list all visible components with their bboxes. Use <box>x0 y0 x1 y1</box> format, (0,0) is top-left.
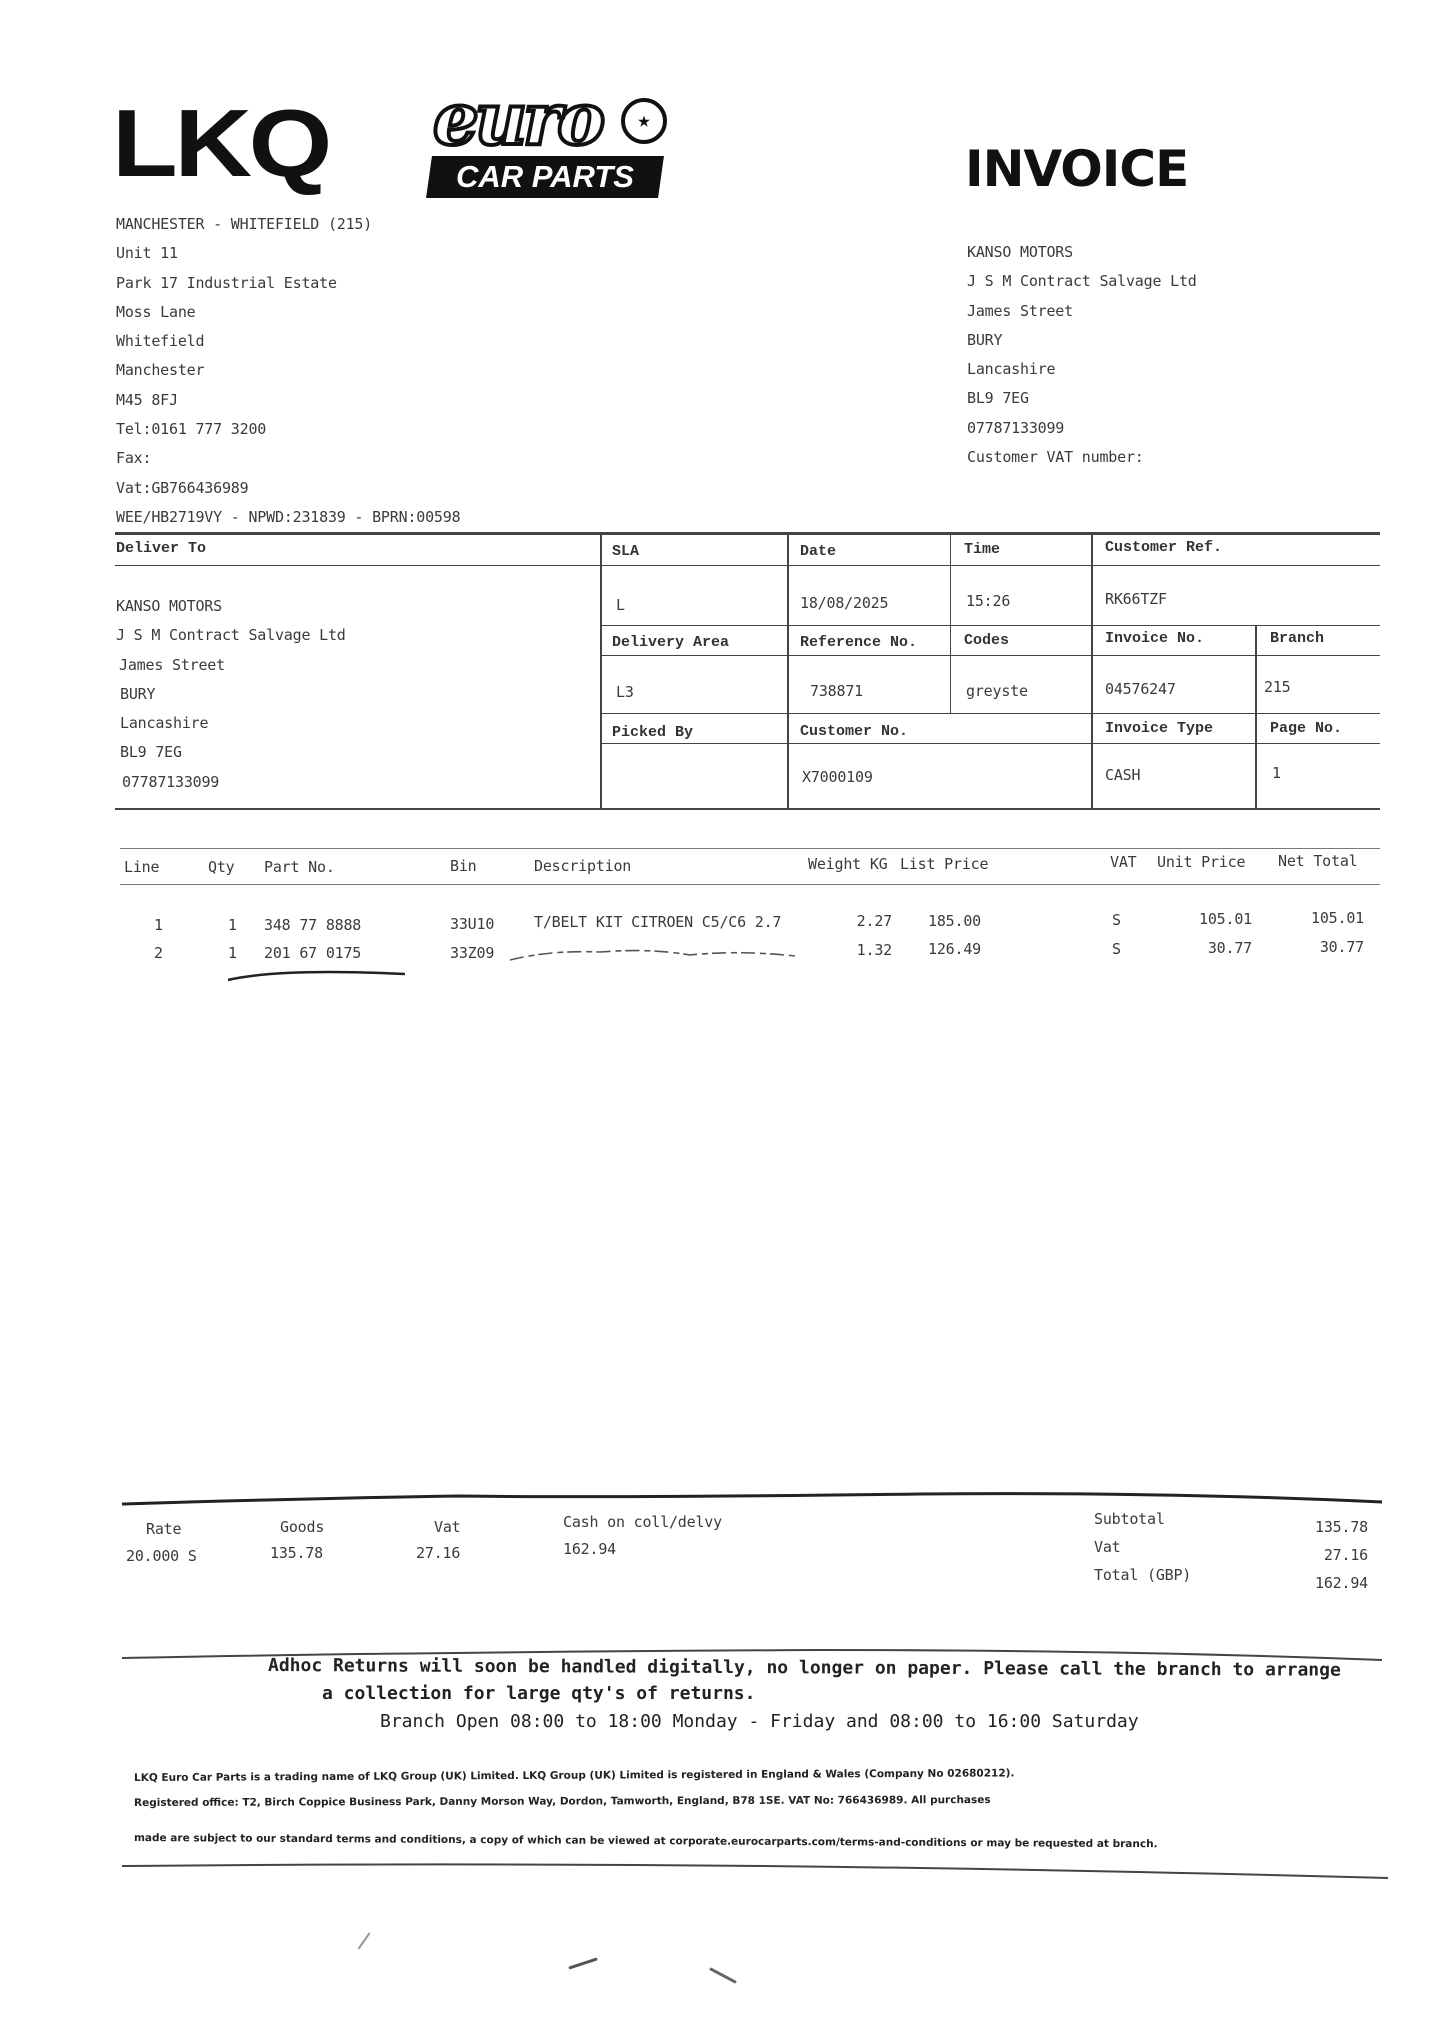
deliver-to-label: Deliver To <box>116 540 206 557</box>
notice-line-3: Branch Open 08:00 to 18:00 Monday - Frid… <box>380 1711 1139 1732</box>
total-value: 162.94 <box>1270 1574 1368 1592</box>
codes-label: Codes <box>964 632 1009 649</box>
divider <box>115 532 1380 535</box>
customer-no-value: X7000109 <box>802 768 873 786</box>
vat-cell: S <box>1112 911 1121 929</box>
reference-no-value: 738871 <box>810 682 863 700</box>
address-line: WEE/HB2719VY - NPWD:231839 - BPRN:00598 <box>116 503 460 532</box>
page-title: INVOICE <box>965 140 1188 198</box>
net-total-cell: 105.01 <box>1272 909 1364 927</box>
divider <box>120 884 1380 885</box>
sla-value: L <box>616 596 625 614</box>
line-cell: 1 <box>154 916 163 934</box>
legal-line-1: LKQ Euro Car Parts is a trading name of … <box>134 1767 1014 1784</box>
divider <box>1255 625 1257 809</box>
divider <box>600 625 1380 626</box>
invoice-no-label: Invoice No. <box>1105 630 1204 647</box>
column-header-vat: VAT <box>1110 853 1137 871</box>
goods-value: 135.78 <box>270 1544 323 1562</box>
address-line: BL9 7EG <box>967 384 1197 413</box>
net-total-cell: 30.77 <box>1272 938 1364 956</box>
branch-address: MANCHESTER - WHITEFIELD (215) Unit 11 Pa… <box>116 210 460 532</box>
customer-address: KANSO MOTORS J S M Contract Salvage Ltd … <box>967 238 1197 472</box>
page-no-label: Page No. <box>1270 720 1342 737</box>
notice-line-1: Adhoc Returns will soon be handled digit… <box>268 1655 1341 1681</box>
vat-rate-label: Rate <box>146 1520 181 1538</box>
date-label: Date <box>800 543 836 560</box>
column-header-part-no: Part No. <box>264 858 335 876</box>
notice-line-2: a collection for large qty's of returns. <box>322 1683 755 1704</box>
deliver-to-address: KANSO MOTORS J S M Contract Salvage Ltd … <box>116 592 346 797</box>
totals-vat-value: 27.16 <box>1270 1546 1368 1564</box>
goods-label: Goods <box>280 1518 324 1536</box>
column-header-qty: Qty <box>208 858 235 876</box>
invoice-no-value: 04576247 <box>1105 680 1176 698</box>
weight-cell: 1.32 <box>840 941 892 959</box>
customer-ref-value: RK66TZF <box>1105 590 1167 608</box>
reference-no-label: Reference No. <box>800 634 917 651</box>
column-header-description: Description <box>534 857 631 875</box>
column-header-list-price: List Price <box>900 855 988 873</box>
car-parts-text: CAR PARTS <box>425 156 665 198</box>
divider <box>787 533 789 809</box>
scan-mark <box>709 1967 737 1984</box>
page-no-value: 1 <box>1272 764 1281 782</box>
divider <box>120 1490 1385 1510</box>
divider <box>115 808 1380 810</box>
time-value: 15:26 <box>966 592 1010 610</box>
column-header-bin: Bin <box>450 857 477 875</box>
address-line: Vat:GB766436989 <box>116 474 460 503</box>
address-line: Park 17 Industrial Estate <box>116 269 460 298</box>
customer-no-label: Customer No. <box>800 723 908 740</box>
address-line: Moss Lane <box>116 298 460 327</box>
branch-label: Branch <box>1270 630 1324 647</box>
unit-price-cell: 30.77 <box>1160 939 1252 957</box>
address-line: Lancashire <box>116 709 346 738</box>
delivery-area-value: L3 <box>616 683 634 701</box>
sla-label: SLA <box>612 543 639 560</box>
legal-line-2: Registered office: T2, Birch Coppice Bus… <box>134 1794 991 1809</box>
divider <box>600 743 1380 744</box>
address-line: BL9 7EG <box>116 738 346 767</box>
divider <box>950 533 951 713</box>
address-line: Whitefield <box>116 327 460 356</box>
divider <box>1091 533 1093 809</box>
address-line: J S M Contract Salvage Ltd <box>116 621 346 650</box>
address-line: MANCHESTER - WHITEFIELD (215) <box>116 210 460 239</box>
address-line: 07787133099 <box>967 414 1197 443</box>
address-line: KANSO MOTORS <box>116 592 346 621</box>
address-line: BURY <box>116 680 346 709</box>
address-line: Unit 11 <box>116 239 460 268</box>
branch-value: 215 <box>1264 678 1291 696</box>
address-line: KANSO MOTORS <box>967 238 1197 267</box>
customer-ref-label: Customer Ref. <box>1105 539 1222 556</box>
address-line: M45 8FJ <box>116 386 460 415</box>
list-price-cell: 185.00 <box>928 912 981 930</box>
address-line: Customer VAT number: <box>967 443 1197 472</box>
divider <box>600 655 1380 656</box>
address-line: James Street <box>116 651 346 680</box>
unit-price-cell: 105.01 <box>1160 910 1252 928</box>
divider <box>115 565 1380 566</box>
column-header-net-total: Net Total <box>1278 852 1357 870</box>
euro-wordmark: euro <box>433 76 601 161</box>
invoice-type-value: CASH <box>1105 766 1140 784</box>
subtotal-label: Subtotal <box>1094 1510 1165 1528</box>
address-line: BURY <box>967 326 1197 355</box>
vat-value: 27.16 <box>416 1544 460 1562</box>
vat-label: Vat <box>434 1518 461 1536</box>
address-line: J S M Contract Salvage Ltd <box>967 267 1197 296</box>
vat-cell: S <box>1112 940 1121 958</box>
vat-rate-value: 20.000 S <box>126 1547 197 1565</box>
line-cell: 2 <box>154 944 163 962</box>
address-line: Fax: <box>116 444 460 473</box>
totals-vat-label: Vat <box>1094 1538 1121 1556</box>
list-price-cell: 126.49 <box>928 940 981 958</box>
address-line: Manchester <box>116 356 460 385</box>
description-cell: T/BELT KIT CITROEN C5/C6 2.7 <box>534 913 781 931</box>
subtotal-value: 135.78 <box>1270 1518 1368 1536</box>
weight-cell: 2.27 <box>840 912 892 930</box>
divider <box>120 1860 1390 1884</box>
legal-line-3: made are subject to our standard terms a… <box>134 1832 1158 1850</box>
cash-on-collection-value: 162.94 <box>563 1540 616 1558</box>
cash-on-collection-label: Cash on coll/delvy <box>563 1513 722 1531</box>
scan-mark <box>357 1932 370 1950</box>
pen-mark <box>220 930 820 990</box>
euro-car-parts-logo: euro ★ CAR PARTS <box>425 88 663 200</box>
address-line: Tel:0161 777 3200 <box>116 415 460 444</box>
column-header-unit-price: Unit Price <box>1157 853 1245 871</box>
lkq-logo: LKQ <box>112 96 329 192</box>
divider <box>600 713 1380 714</box>
address-line: 07787133099 <box>116 768 346 797</box>
star-icon: ★ <box>621 98 667 144</box>
delivery-area-label: Delivery Area <box>612 634 729 651</box>
divider <box>600 533 602 809</box>
date-value: 18/08/2025 <box>800 594 888 612</box>
column-header-line: Line <box>124 858 159 876</box>
scan-mark <box>568 1957 597 1969</box>
address-line: James Street <box>967 297 1197 326</box>
invoice-type-label: Invoice Type <box>1105 720 1213 737</box>
picked-by-label: Picked By <box>612 724 693 741</box>
codes-value: greyste <box>966 682 1028 700</box>
address-line: Lancashire <box>967 355 1197 384</box>
column-header-weight: Weight KG <box>808 855 887 873</box>
divider <box>120 848 1380 849</box>
time-label: Time <box>964 541 1000 558</box>
total-label: Total (GBP) <box>1094 1566 1191 1584</box>
